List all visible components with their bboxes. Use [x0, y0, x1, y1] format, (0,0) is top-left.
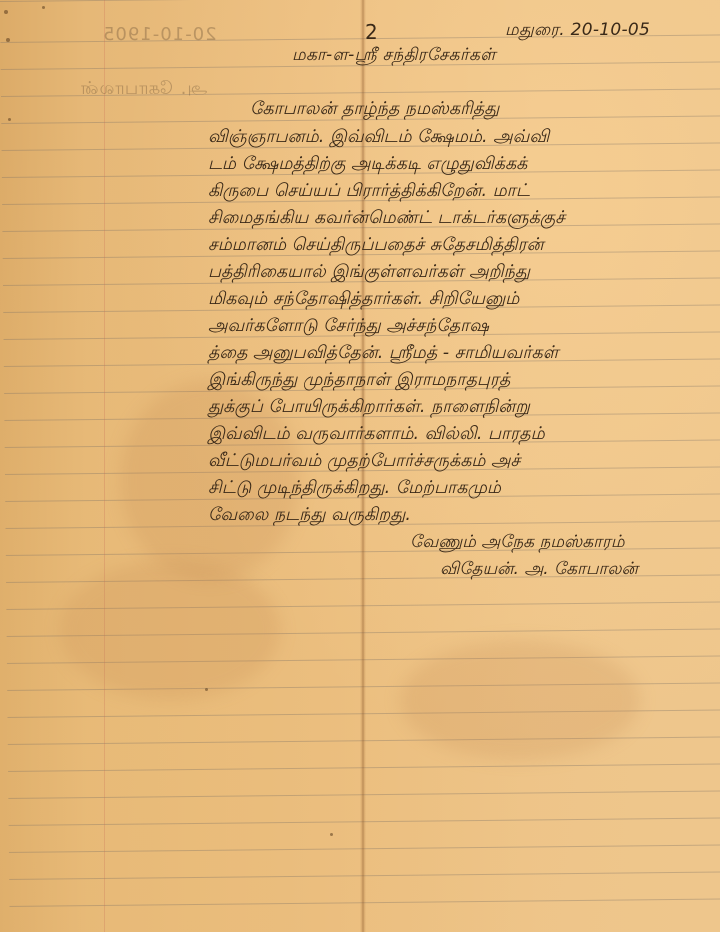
body-line: சிமைதங்கிய கவர்ன்மெண்ட் டாக்டர்களுக்குச் — [208, 207, 565, 229]
punch-mark — [4, 10, 8, 14]
body-line: வேலை நடந்து வருகிறது. — [208, 504, 411, 526]
body-line: விஞ்ஞாபனம். இவ்விடம் க்ஷேமம். அவ்வி — [208, 126, 549, 148]
body-line: பத்திரிகையால் இங்குள்ளவர்கள் அறிந்து — [208, 261, 530, 283]
letter-page: 20-10-1905 அ. கோபாலன் 2 மதுரை. 20-10-05 … — [0, 0, 720, 932]
paper-stain — [400, 640, 640, 760]
place-and-date: மதுரை. 20-10-05 — [505, 20, 650, 42]
punch-mark — [8, 118, 11, 121]
body-line: அவர்களோடு சேர்ந்து அச்சந்தோஷ — [208, 315, 489, 337]
body-line: த்தை அனுபவித்தேன். ஸ்ரீமத் - சாமியவர்கள் — [208, 342, 559, 364]
body-line: கோபாலன் தாழ்ந்த நமஸ்கரித்து — [250, 98, 499, 120]
body-line: மிகவும் சந்தோஷித்தார்கள். சிறியேனும் — [208, 288, 519, 310]
punch-mark — [6, 38, 10, 42]
body-line: கிருபை செய்யப் பிரார்த்திக்கிறேன். மாட் — [208, 180, 530, 202]
bleed-through-name: அ. கோபாலன் — [80, 78, 207, 101]
closing-line: வேணும் அநேக நமஸ்காரம் — [410, 531, 625, 553]
paper-stain — [60, 560, 280, 700]
body-line: டம் க்ஷேமத்திற்கு அடிக்கடி எழுதுவிக்கக் — [208, 153, 527, 175]
margin-line — [104, 0, 105, 932]
ink-speck — [205, 688, 208, 691]
body-line: துக்குப் போயிருக்கிறார்கள். நாளைநின்று — [208, 396, 530, 418]
page-number: 2 — [365, 20, 378, 44]
signature: விதேயன். அ. கோபாலன் — [440, 558, 638, 580]
salutation: மகா-ள-ஸ்ரீ சந்திரசேகர்கள் — [292, 45, 496, 67]
body-line: சம்மானம் செய்திருப்பதைச் சுதேசமித்திரன் — [208, 234, 544, 256]
body-line: இங்கிருந்து முந்தாநாள் இராமநாதபுரத் — [208, 369, 510, 391]
body-line: இவ்விடம் வருவார்களாம். வில்லி. பாரதம் — [208, 423, 545, 445]
bleed-through-date: 20-10-1905 — [102, 24, 217, 45]
body-line: சிட்டு முடிந்திருக்கிறது. மேற்பாகமும் — [208, 477, 501, 499]
body-line: வீட்டுமபர்வம் முதற்போர்ச்சருக்கம் அச் — [208, 450, 520, 472]
punch-mark — [42, 6, 45, 9]
ink-speck — [330, 833, 333, 836]
